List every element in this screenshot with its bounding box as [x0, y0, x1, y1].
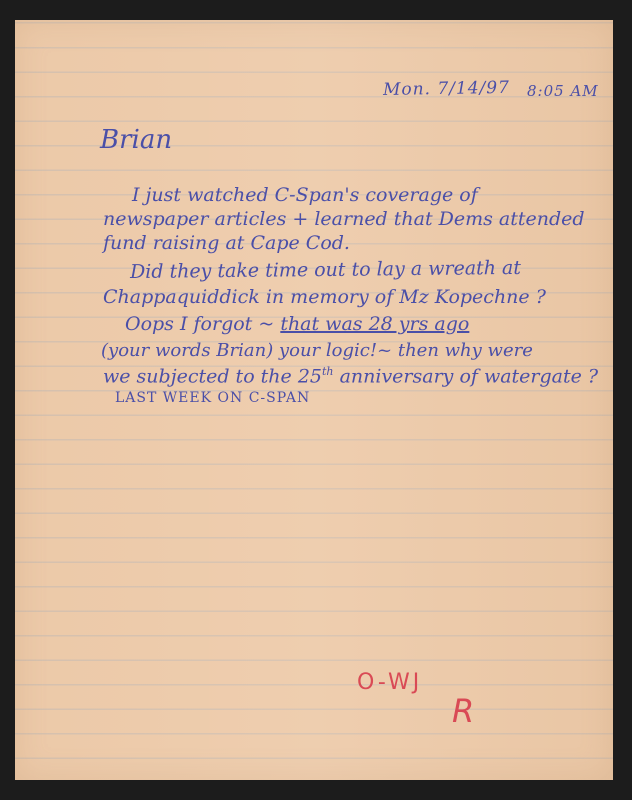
- body-line-7: (your words Brian) your logic!~ then why…: [101, 340, 533, 361]
- body-line-1: I just watched C-Span's coverage of: [132, 184, 478, 206]
- letter-date: Mon. 7/14/97: [383, 78, 510, 100]
- body-line-6: Oops I forgot ~ that was 28 yrs ago: [125, 313, 469, 335]
- initial-mark: R: [452, 692, 474, 730]
- ordinal-suffix: th: [322, 365, 334, 378]
- body-line-8-text: we subjected to the 25: [103, 365, 322, 387]
- underlined-phrase: that was 28 yrs ago: [280, 313, 469, 335]
- body-line-8-tail: anniversary of watergate ?: [334, 365, 599, 387]
- body-line-6-text: Oops I forgot ~: [125, 313, 280, 335]
- routing-mark: O-WJ: [357, 670, 422, 695]
- letter-paper: Mon. 7/14/97 8:05 AM Brian I just watche…: [15, 20, 613, 780]
- body-line-4: Did they take time out to lay a wreath a…: [130, 257, 521, 283]
- letter-time: 8:05 AM: [527, 82, 599, 100]
- body-line-9: LAST WEEK ON C-SPAN: [115, 390, 310, 406]
- body-line-2: newspaper articles + learned that Dems a…: [103, 208, 585, 230]
- body-line-5: Chappaquiddick in memory of Mz Kopechne …: [103, 286, 546, 308]
- body-line-8: we subjected to the 25th anniversary of …: [103, 365, 598, 387]
- body-line-3: fund raising at Cape Cod.: [103, 232, 350, 254]
- salutation: Brian: [100, 125, 172, 155]
